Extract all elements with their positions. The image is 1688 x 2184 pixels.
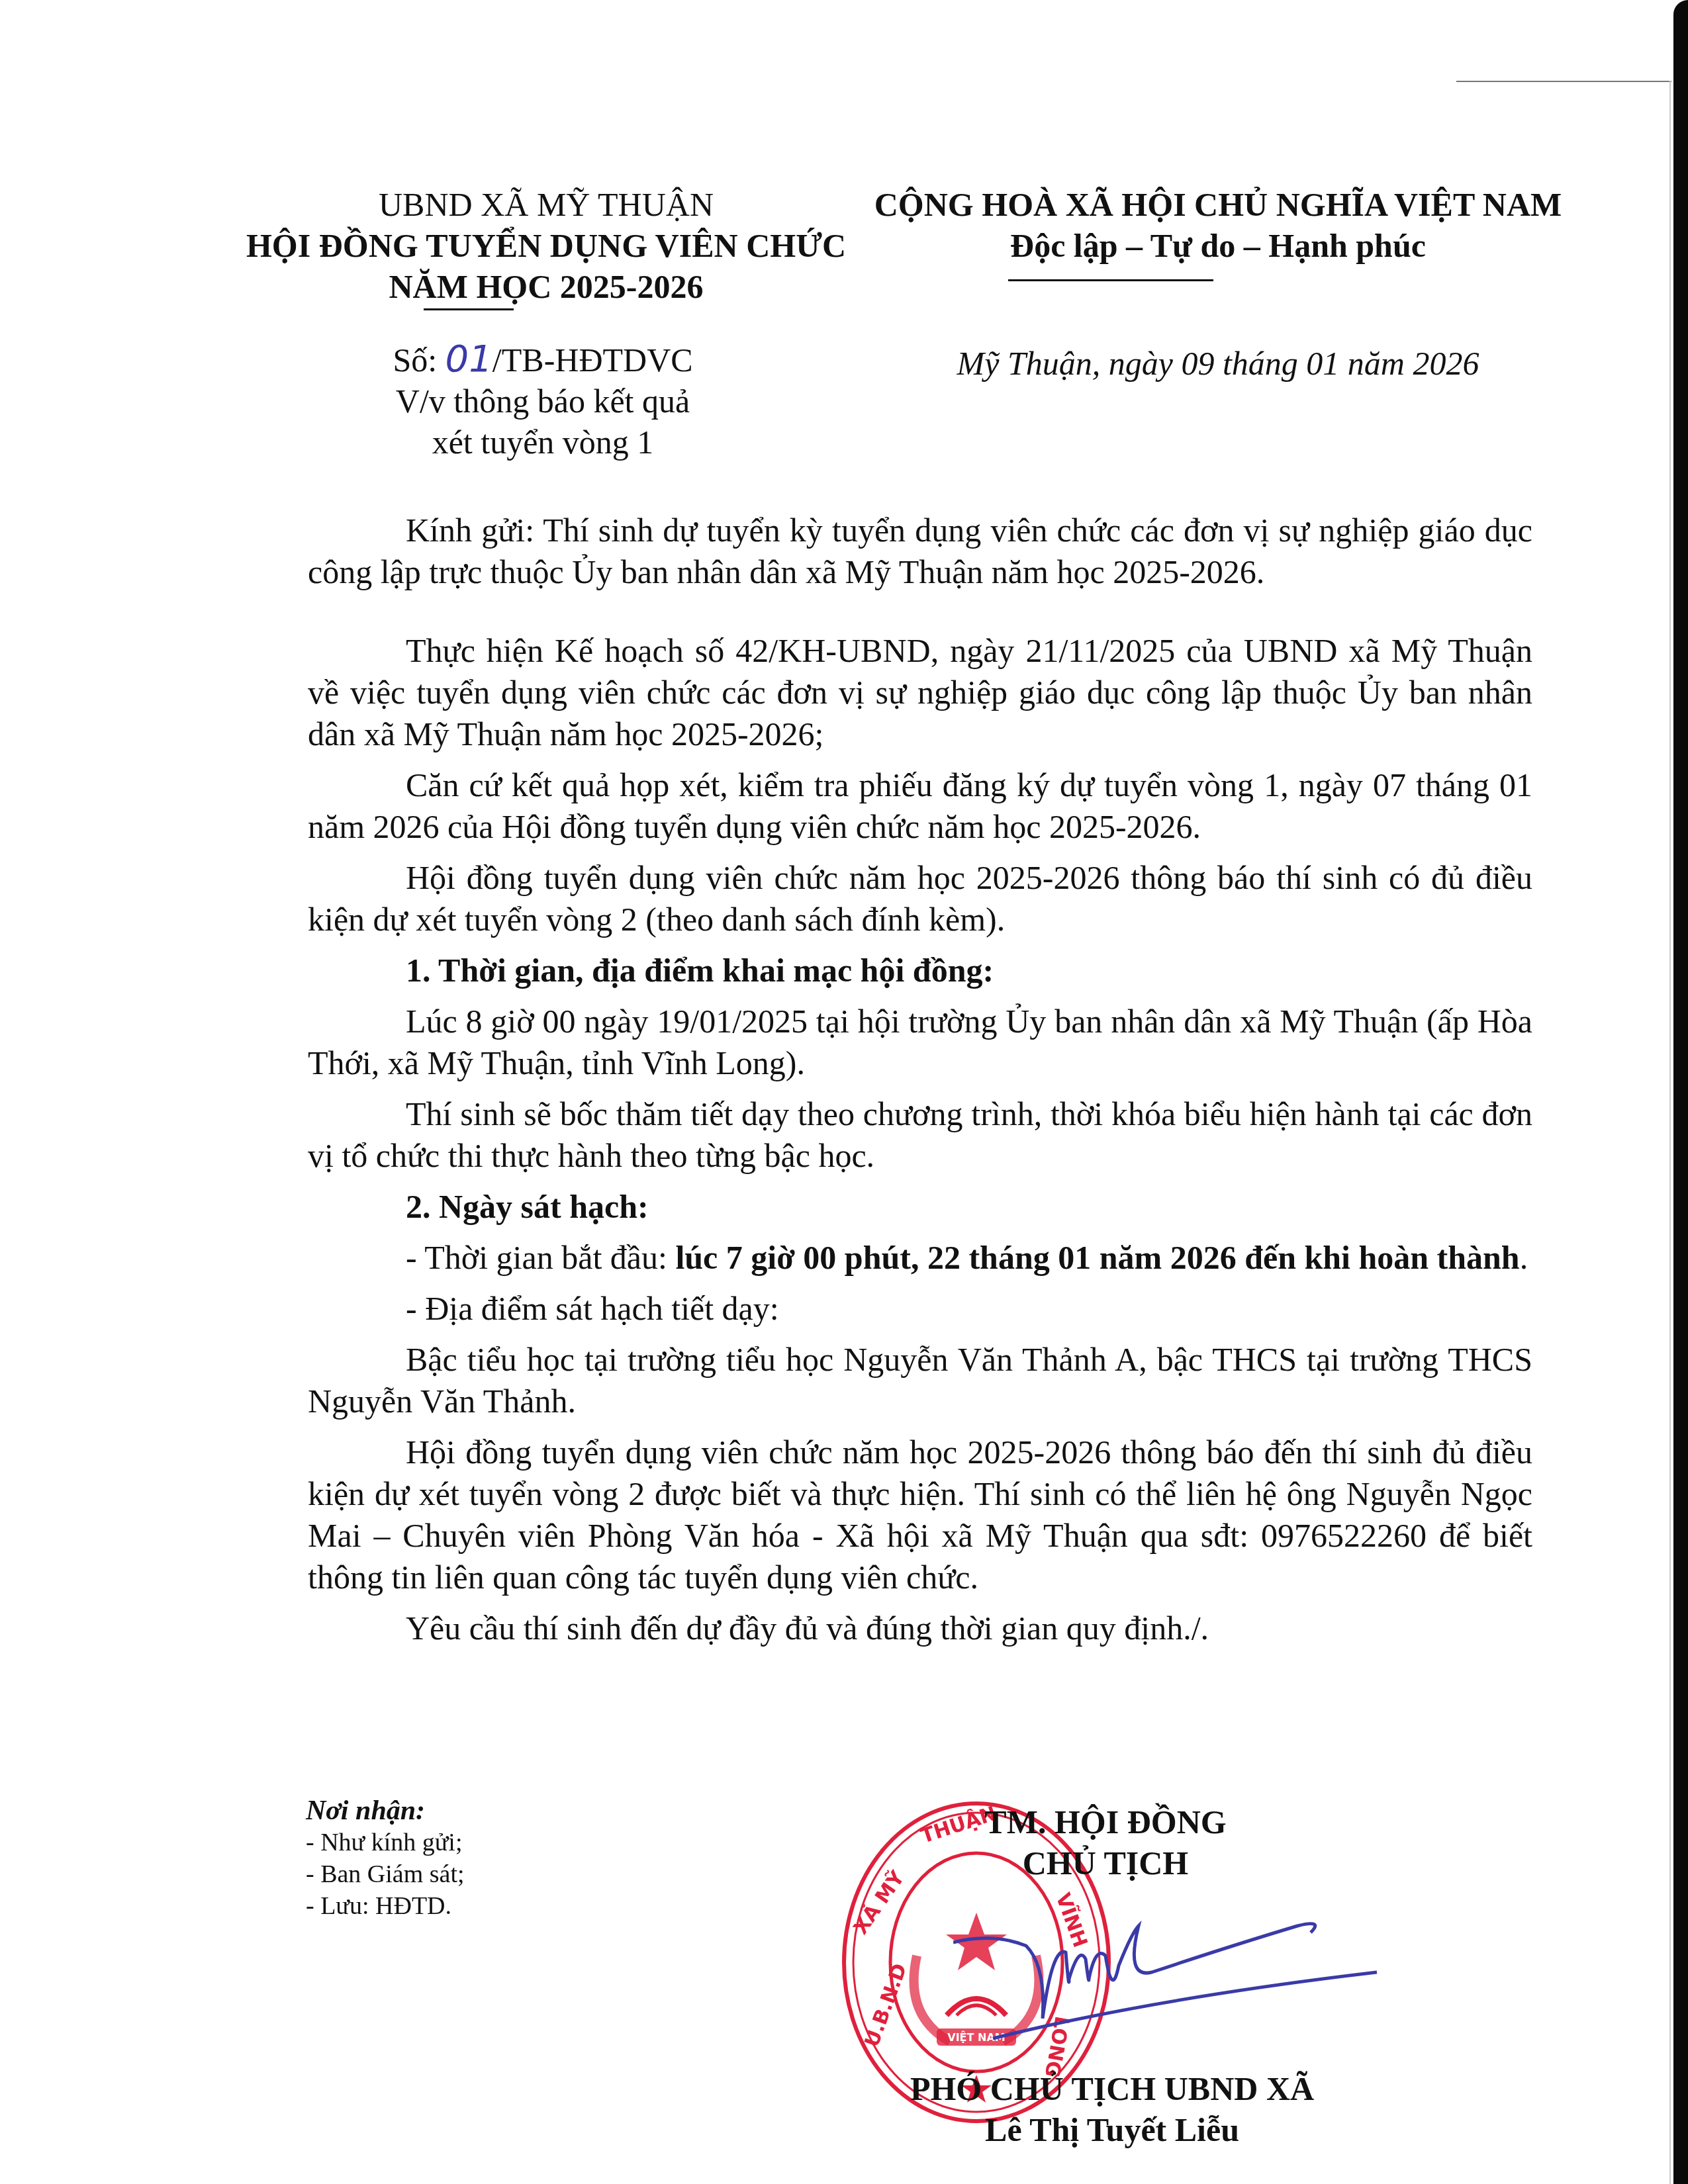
scan-artifact-vline	[1669, 81, 1671, 2184]
signature-title-block: TM. HỘI ĐỒNG CHỦ TỊCH	[973, 1801, 1238, 1884]
subject-line-1: V/v thông báo kết quả	[285, 381, 801, 422]
recipients-block: Nơi nhận: - Như kính gửi; - Ban Giám sát…	[306, 1795, 465, 1922]
signature-icon	[953, 1906, 1390, 2065]
signer-block: PHÓ CHỦ TỊCH UBND XÃ Lê Thị Tuyết Liễu	[854, 2068, 1370, 2150]
location-detail: Bậc tiểu học tại trường tiểu học Nguyễn …	[308, 1339, 1532, 1422]
document-body: Kính gửi: Thí sinh dự tuyển kỳ tuyển dụn…	[308, 510, 1532, 1649]
school-year: NĂM HỌC 2025-2026	[218, 266, 874, 307]
addressee: Kính gửi: Thí sinh dự tuyển kỳ tuyển dụn…	[308, 510, 1532, 593]
start-time-paragraph: - Thời gian bắt đầu: lúc 7 giờ 00 phút, …	[308, 1237, 1532, 1279]
body-paragraph: Hội đồng tuyển dụng viên chức năm học 20…	[308, 857, 1532, 940]
section-heading: 1. Thời gian, địa điểm khai mạc hội đồng…	[308, 950, 1532, 991]
on-behalf-label: TM. HỘI ĐỒNG	[973, 1801, 1238, 1843]
closing-paragraph: Hội đồng tuyển dụng viên chức năm học 20…	[308, 1432, 1532, 1598]
location-label: - Địa điểm sát hạch tiết dạy:	[308, 1288, 1532, 1330]
header-left: UBND XÃ MỸ THUẬN HỘI ĐỒNG TUYỂN DỤNG VIÊ…	[218, 184, 874, 307]
doc-number-suffix: /TB-HĐTDVC	[492, 341, 693, 379]
doc-number: Số: 01/TB-HĐTDVC	[285, 339, 801, 381]
place-date: Mỹ Thuận, ngày 09 tháng 01 năm 2026	[841, 343, 1595, 384]
motto-underline	[1008, 279, 1213, 281]
header-left-underline	[424, 308, 514, 310]
body-paragraph: Thí sinh sẽ bốc thăm tiết dạy theo chươn…	[308, 1093, 1532, 1177]
signer-role: CHỦ TỊCH	[973, 1843, 1238, 1884]
doc-number-block: Số: 01/TB-HĐTDVC V/v thông báo kết quả x…	[285, 339, 801, 463]
national-motto: Độc lập – Tự do – Hạnh phúc	[841, 225, 1595, 266]
doc-number-label: Số:	[393, 341, 437, 379]
start-time-label: - Thời gian bắt đầu:	[406, 1239, 675, 1276]
body-paragraph: Thực hiện Kế hoạch số 42/KH-UBND, ngày 2…	[308, 630, 1532, 755]
subject-line-2: xét tuyển vòng 1	[285, 422, 801, 463]
signer-position: PHÓ CHỦ TỊCH UBND XÃ	[854, 2068, 1370, 2109]
header-right: CỘNG HOÀ XÃ HỘI CHỦ NGHĨA VIỆT NAM Độc l…	[841, 184, 1595, 266]
body-paragraph: Lúc 8 giờ 00 ngày 19/01/2025 tại hội trư…	[308, 1001, 1532, 1084]
recipient-item: - Lưu: HĐTD.	[306, 1890, 465, 1922]
nation-title: CỘNG HOÀ XÃ HỘI CHỦ NGHĨA VIỆT NAM	[841, 184, 1595, 225]
scan-page-edge	[1673, 0, 1688, 2184]
body-paragraph: Căn cứ kết quả họp xét, kiểm tra phiếu đ…	[308, 764, 1532, 848]
council-name: HỘI ĐỒNG TUYỂN DỤNG VIÊN CHỨC	[218, 225, 874, 266]
agency-name: UBND XÃ MỸ THUẬN	[218, 184, 874, 225]
section-heading: 2. Ngày sát hạch:	[308, 1186, 1532, 1228]
scan-artifact-line	[1456, 81, 1671, 82]
svg-text:U.B.N.D: U.B.N.D	[861, 1960, 912, 2050]
svg-text:XÃ MỸ: XÃ MỸ	[848, 1866, 910, 1939]
start-time-end: .	[1520, 1239, 1528, 1276]
recipients-title: Nơi nhận:	[306, 1795, 465, 1827]
recipient-item: - Ban Giám sát;	[306, 1858, 465, 1890]
doc-number-handwritten: 01	[445, 338, 492, 381]
start-time-value: lúc 7 giờ 00 phút, 22 tháng 01 năm 2026 …	[675, 1239, 1519, 1276]
recipient-item: - Như kính gửi;	[306, 1827, 465, 1858]
final-request: Yêu cầu thí sinh đến dự đầy đủ và đúng t…	[308, 1608, 1532, 1649]
signer-name: Lê Thị Tuyết Liễu	[854, 2109, 1370, 2150]
